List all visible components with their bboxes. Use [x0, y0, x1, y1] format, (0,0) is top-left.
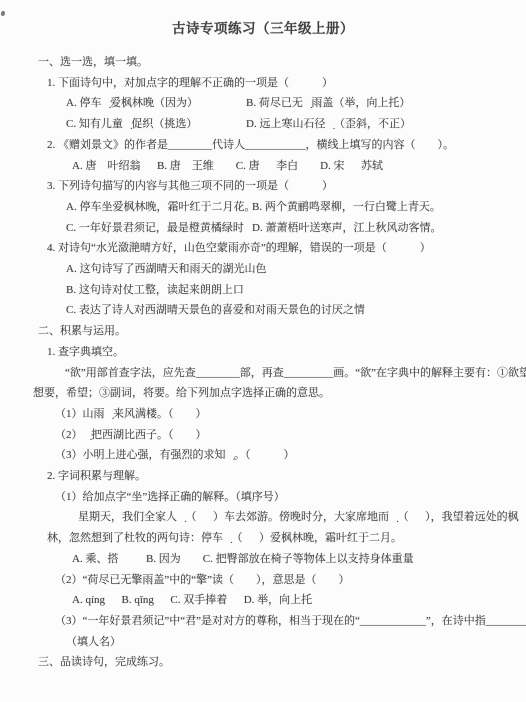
s2-q1-sub3: （3）小明上进心强，有强烈的求知欲̣。（ ）	[55, 445, 526, 466]
section1-heading: 一、选一选，填一填。	[38, 52, 526, 73]
s1-q3-options-row-ab: A. 停车坐爱枫林晚，霜叶红于二月花。B. 两个黄鹂鸣翠柳，一行白鹭上青天。	[66, 197, 526, 218]
s1-q3-option-b: B. 两个黄鹂鸣翠柳，一行白鹭上青天。	[252, 201, 441, 213]
section3-heading: 三、品读诗句，完成练习。	[38, 652, 526, 673]
s1-q1-option-c: C. 知有儿童挑̣促织（挑选）	[66, 114, 246, 135]
s2-q2-sub3: （3）“一年好景君须记”中“君”是对对方的尊称，相当于现在的“_________…	[55, 611, 526, 632]
section2-heading: 二、积累与运用。	[38, 321, 526, 342]
page-title: 古诗专项练习（三年级上册）	[0, 20, 526, 38]
s1-q3-stem: 3. 下列诗句描写的内容与其他三项不同的一项是（ ）	[47, 176, 526, 197]
s1-q4-option-a: A. 这句诗写了西湖晴天和雨天的湖光山色	[66, 259, 526, 280]
s1-q3-options-row-cd: C. 一年好景君须记，最是橙黄橘绿时D. 萧萧梧叶送寒声，江上秋风动客情。	[66, 218, 526, 239]
s1-q3-option-d: D. 萧萧梧叶送寒声，江上秋风动客情。	[252, 222, 441, 234]
s1-q3-option-c: C. 一年好景君须记，最是橙黄橘绿时	[66, 218, 252, 239]
s1-q3-option-a: A. 停车坐爱枫林晚，霜叶红于二月花。	[66, 197, 252, 218]
s1-q2-options: A. 唐 叶绍翁 B. 唐 王维 C. 唐 李白 D. 宋 苏轼	[72, 156, 526, 177]
s2-q1-sub2: （2）欲̣把西湖比西子。（ ）	[55, 425, 526, 446]
s2-q2-sub2: （2）“荷尽已无擎雨盖”中的“擎”读（ ），意思是（ ）	[55, 570, 526, 591]
s2-q1-sub1: （1）山雨欲̣来风满楼。（ ）	[55, 404, 526, 425]
s1-q1-option-b: B. 荷尽已无擎̣雨盖（举，向上托）	[246, 97, 410, 109]
s1-q1-option-a: A. 停车坐̣爱枫林晚（因为）	[66, 93, 246, 114]
s1-q2-stem: 2. 《赠刘景文》的作者是________代诗人___________，横线上填…	[47, 135, 526, 156]
s1-q1-option-d: D. 远上寒山石径斜̣（歪斜，不正）	[246, 118, 411, 130]
s2-q1-label: 1. 查字典填空。	[47, 342, 526, 363]
s2-q2-paragraph-line2: 林，忽然想到了杜牧的两句诗：停车坐̣（ ）爱枫林晚，霜叶红于二月。	[47, 528, 526, 549]
s2-q2-sub3-note: （填人名）	[66, 632, 526, 653]
worksheet-page: 古诗专项练习（三年级上册） 一、选一选，填一填。 1. 下面诗句中，对加点字的理…	[0, 0, 526, 702]
s1-q4-option-c: C. 表达了诗人对西湖晴天景色的喜爱和对雨天景色的讨厌之情	[66, 300, 526, 321]
s1-q4-option-b: B. 这句诗对仗工整，读起来朗朗上口	[66, 280, 526, 301]
s1-q1-options-row-cd: C. 知有儿童挑̣促织（挑选）D. 远上寒山石径斜̣（歪斜，不正）	[66, 114, 526, 135]
s1-q4-stem: 4. 对诗句“水光潋滟晴方好，山色空蒙雨亦奇”的理解，错误的一项是（ ）	[47, 238, 526, 259]
scan-speck-artifact	[1, 11, 5, 16]
s2-q2-label: 2. 字词积累与理解。	[47, 466, 526, 487]
s1-q1-stem: 1. 下面诗句中，对加点字的理解不正确的一项是（ ）	[47, 73, 526, 94]
s2-q2-sub1-options: A. 乘、搭 B. 因为 C. 把臀部放在椅子等物体上以支持身体重量	[72, 549, 526, 570]
s2-q2-sub1: （1）给加点字“坐”选择正确的解释。（填序号）	[55, 487, 526, 508]
s2-q1-paragraph-line1: “欲”用部首查字法，应先查________部，再查_________画。“欲”在…	[65, 363, 526, 384]
s2-q2-paragraph-line1: 星期天，我们全家人坐̣（ ）车去郊游。傍晚时分，大家席地而坐̣（ ），我望着远处…	[78, 507, 526, 528]
s1-q1-options-row-ab: A. 停车坐̣爱枫林晚（因为）B. 荷尽已无擎̣雨盖（举，向上托）	[66, 93, 526, 114]
s2-q2-sub2-options: A. qíng B. qǐng C. 双手捧着 D. 举，向上托	[72, 590, 526, 611]
s2-q1-paragraph-line2: 想要，希望；③副词，将要。给下列加点字选择正确的意思。	[33, 383, 526, 404]
